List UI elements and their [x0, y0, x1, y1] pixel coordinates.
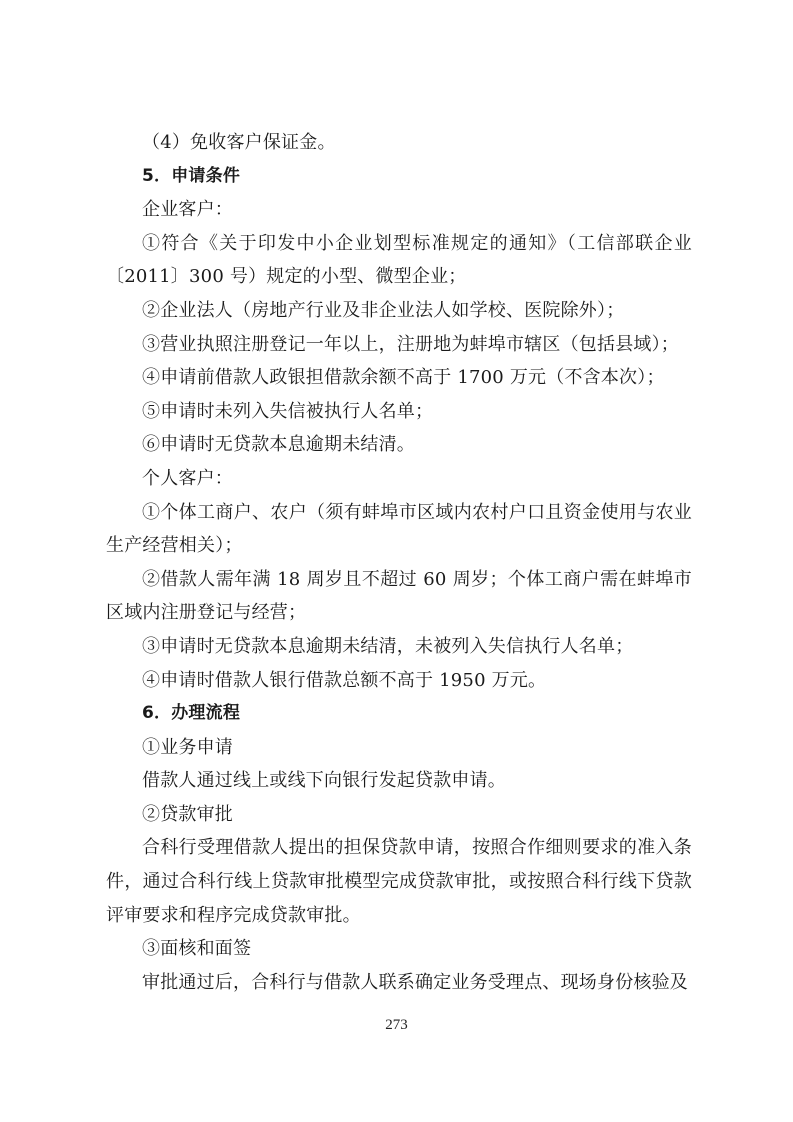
enterprise-condition-4: ④申请前借款人政银担借款余额不高于 1700 万元（不含本次）； — [106, 361, 692, 395]
enterprise-condition-5: ⑤申请时未列入失信被执行人名单； — [106, 395, 692, 429]
enterprise-condition-6: ⑥申请时无贷款本息逾期未结清。 — [106, 428, 692, 462]
page-number: 273 — [0, 1017, 793, 1034]
enterprise-condition-3: ③营业执照注册登记一年以上，注册地为蚌埠市辖区（包括县域）； — [106, 328, 692, 362]
item-fee-waiver: （4）免收客户保证金。 — [106, 126, 692, 160]
individual-condition-3: ③申请时无贷款本息逾期未结清，未被列入失信执行人名单； — [106, 630, 692, 664]
process-step-2-title: ②贷款审批 — [106, 798, 692, 832]
individual-condition-4: ④申请时借款人银行借款总额不高于 1950 万元。 — [106, 664, 692, 698]
enterprise-condition-1: ①符合《关于印发中小企业划型标准规定的通知》（工信部联企业〔2011〕300 号… — [106, 227, 692, 294]
enterprise-condition-2: ②企业法人（房地产行业及非企业法人如学校、医院除外）； — [106, 294, 692, 328]
process-step-2-body: 合科行受理借款人提出的担保贷款申请，按照合作细则要求的准入条件，通过合科行线上贷… — [106, 831, 692, 932]
document-page: （4）免收客户保证金。 5．申请条件 企业客户： ①符合《关于印发中小企业划型标… — [106, 126, 692, 999]
process-step-1-title: ①业务申请 — [106, 731, 692, 765]
process-step-3-body: 审批通过后，合科行与借款人联系确定业务受理点、现场身份核验及 — [106, 966, 692, 1000]
enterprise-customer-label: 企业客户： — [106, 193, 692, 227]
section-heading-application-conditions: 5．申请条件 — [106, 160, 692, 194]
individual-customer-label: 个人客户： — [106, 462, 692, 496]
section-heading-process: 6．办理流程 — [106, 697, 692, 731]
process-step-3-title: ③面核和面签 — [106, 932, 692, 966]
individual-condition-2: ②借款人需年满 18 周岁且不超过 60 周岁；个体工商户需在蚌埠市区域内注册登… — [106, 563, 692, 630]
process-step-1-body: 借款人通过线上或线下向银行发起贷款申请。 — [106, 764, 692, 798]
individual-condition-1: ①个体工商户、农户（须有蚌埠市区域内农村户口且资金使用与农业生产经营相关）； — [106, 496, 692, 563]
